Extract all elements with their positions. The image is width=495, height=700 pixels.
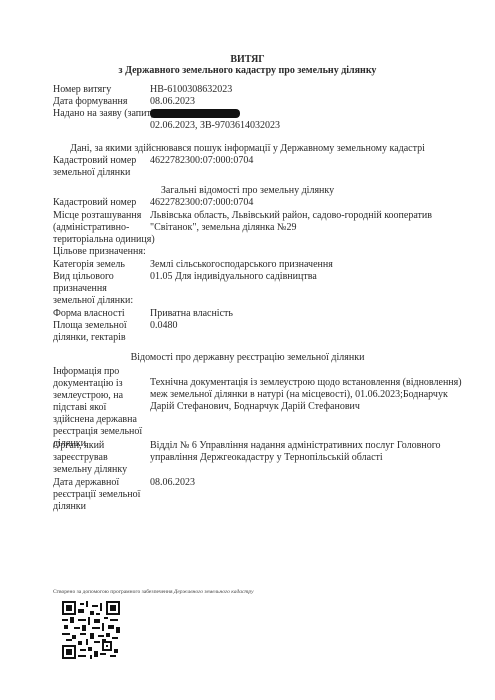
software-note: Створено за допомогою програмного забезп… <box>53 586 254 598</box>
registration-date-label: Дата державної реєстрації земельної діля… <box>53 477 143 513</box>
area-label: Площа земельної ділянки, гектарів <box>53 320 143 344</box>
general-section-heading: Загальні відомості про земельну ділянку <box>0 185 495 197</box>
documentation-value: Технічна документація із землеустрою щод… <box>150 377 470 413</box>
search-section-heading: Дані, за якими здійснювався пошук інформ… <box>0 143 495 155</box>
search-cadastral-label: Кадастровий номер земельної ділянки <box>53 155 158 179</box>
land-category-value: Землі сільськогосподарського призначення <box>150 259 470 271</box>
purpose-label: Цільове призначення: <box>53 246 183 258</box>
document-subtitle: з Державного земельного кадастру про зем… <box>0 65 495 77</box>
purpose-type-value: 01.05 Для індивідуального садівництва <box>150 271 470 283</box>
cadastre-extract-page: ВИТЯГ з Державного земельного кадастру п… <box>0 0 495 700</box>
purpose-type-label: Вид цільового призначення земельної діля… <box>53 271 149 307</box>
registration-section-heading: Відомості про державну реєстрацію земель… <box>0 352 495 364</box>
cadastral-number-value: 4622782300:07:000:0704 <box>150 197 470 209</box>
extract-number-label: Номер витягу <box>53 84 158 96</box>
location-label: Місце розташування (адміністративно-тери… <box>53 210 158 246</box>
location-value: Львівська область, Львівський район, сад… <box>150 210 470 234</box>
formation-date-label: Дата формування <box>53 96 158 108</box>
registrar-value: Відділ № 6 Управління надання адміністра… <box>150 440 470 464</box>
ownership-value: Приватна власність <box>150 308 470 320</box>
search-cadastral-value: 4622782300:07:000:0704 <box>150 155 470 167</box>
formation-date-value: 08.06.2023 <box>150 96 470 108</box>
software-note-prefix: Створено за допомогою програмного забезп… <box>53 589 174 595</box>
qr-code-icon <box>62 601 120 659</box>
registrar-label: Орган, який зареєстрував земельну ділянк… <box>53 440 149 476</box>
documentation-label: Інформація про документацію із землеустр… <box>53 366 149 450</box>
extract-number-value: НВ-6100308632023 <box>150 84 470 96</box>
software-note-italic: Державного земельного кадастру <box>174 589 254 595</box>
cadastral-number-label: Кадастровий номер <box>53 197 158 209</box>
request-value: 02.06.2023, ЗВ-9703614032023 <box>150 120 470 132</box>
registration-date-value: 08.06.2023 <box>150 477 470 489</box>
land-category-label: Категорія земель <box>53 259 158 271</box>
redacted-block <box>150 109 240 118</box>
ownership-label: Форма власності <box>53 308 158 320</box>
area-value: 0.0480 <box>150 320 470 332</box>
